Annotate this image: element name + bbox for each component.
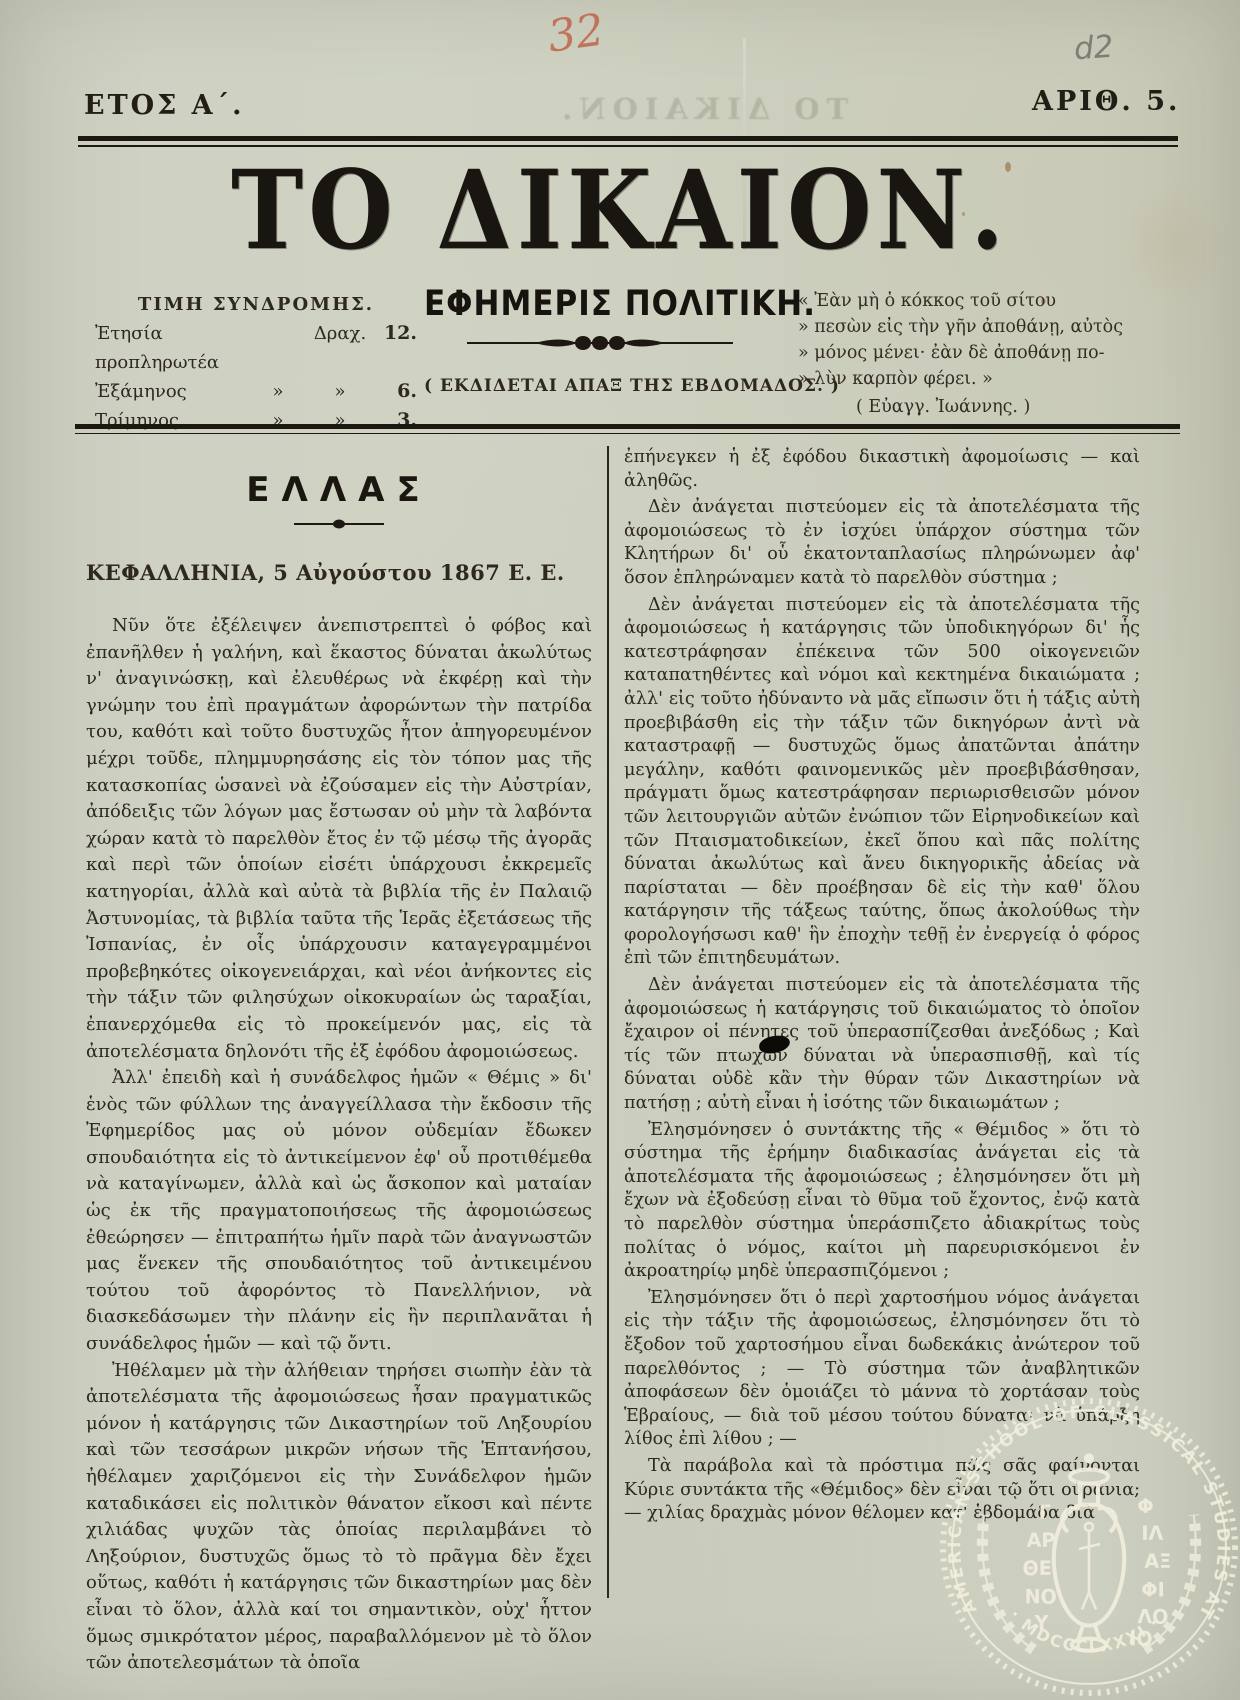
article-paragraph: Δὲν ἀνάγεται πιστεύομεν εἰς τὰ ἀποτελέσμ… xyxy=(624,594,1140,972)
seal-greek-letter: Γ xyxy=(1039,1501,1051,1524)
ornament-icon xyxy=(465,332,735,354)
article-paragraph: Ἐλησμόνησεν ὁ συντάκτης τῆς « Θέμιδος » … xyxy=(624,1119,1140,1284)
seal-greek-letter: ΘΕ xyxy=(1023,1557,1052,1580)
dateline: ΚΕΦΑΛΛΗΝΙΑ, 5 Αὐγούστου 1867 Ε. Ε. xyxy=(86,560,592,585)
subscription-ditto: » xyxy=(307,377,373,406)
quote-line: « Ἐὰν μὴ ὁ κόκκος τοῦ σίτου xyxy=(798,288,1138,314)
subscription-label: Ἐτησία προπληρωτέα xyxy=(95,319,249,377)
left-column: ΕΛΛΑΣ ΚΕΦΑΛΛΗΝΙΑ, 5 Αὐγούστου 1867 Ε. Ε.… xyxy=(86,452,592,1677)
seal-greek-letter: Φ xyxy=(1137,1495,1153,1518)
subscription-row: Ἐξάμηνος » » 6. xyxy=(95,377,417,406)
seal-greek-letter: ΙΟ xyxy=(1129,1628,1152,1651)
quote-block: « Ἐὰν μὴ ὁ κόκκος τοῦ σίτου » πεσὼν εἰς … xyxy=(798,288,1138,420)
article-paragraph: ἐπήνεγκεν ἡ ἐξ ἐφόδου δικαστικὴ ἀφομοίωσ… xyxy=(624,446,1140,493)
handwritten-number: 32 xyxy=(545,4,608,62)
article-paragraph: Δὲν ἀνάγεται πιστεύομεν εἰς τὰ ἀποτελέσμ… xyxy=(624,496,1140,590)
seal-greek-letter: ΦΙ xyxy=(1141,1578,1164,1601)
amphora-icon xyxy=(1054,1453,1124,1650)
seal-greek-letter: ΙΛ xyxy=(1141,1522,1163,1545)
subscription-ditto: » xyxy=(249,377,307,406)
section-ornament-icon xyxy=(294,518,384,530)
column-divider xyxy=(607,446,609,1598)
subscription-label: Ἐξάμηνος xyxy=(95,377,249,406)
masthead-subtitle: ΕΦΗΜΕΡΙΣ ΠΟΛΙΤΙΚΗ. xyxy=(424,284,776,324)
subscription-row: Ἐτησία προπληρωτέα Δραχ. 12. xyxy=(95,319,417,377)
frequency-note: ( ΕΚΔΙΔΕΤΑΙ ΑΠΑΞ ΤΗΣ ΕΒΔΟΜΑΔΟΣ. ) xyxy=(424,376,776,396)
subscription-price: 12. xyxy=(373,319,417,348)
quote-attribution: ( Εὐαγγ. Ἰωάννης. ) xyxy=(798,394,1138,420)
seal-greek-letter: ΑΞ xyxy=(1144,1550,1171,1573)
newspaper-page: 32 d2 ΤΟ ΔΙΚΑΙΟΝ. ΕΤΟΣ Α΄. ΑΡΙΘ. 5. ΤΟ Δ… xyxy=(0,0,1240,1700)
quote-line: » πεσὼν εἰς τὴν γῆν ἀποθάνῃ, αὐτὸς xyxy=(798,314,1138,340)
seal-greek-letter: Υ xyxy=(1034,1612,1050,1635)
issue-label: ΑΡΙΘ. 5. xyxy=(1032,86,1180,117)
section-title: ΕΛΛΑΣ xyxy=(86,470,592,510)
masthead-title: ΤΟ ΔΙΚΑΙΟΝ. xyxy=(0,146,1240,274)
seal-greek-letter: ΛΟ xyxy=(1137,1606,1168,1629)
library-stamp-seal: AMERICAN SCHOOL OF CLASSICAL STUDIES AT … xyxy=(938,1396,1240,1698)
article-paragraph: Νῦν ὅτε ἐξέλειψεν ἀνεπιστρεπτεὶ ὁ φόβος … xyxy=(86,613,592,1065)
article-paragraph: Ἠθέλαμεν μὰ τὴν ἀλήθειαν τηρήσει σιωπὴν … xyxy=(86,1358,592,1677)
subscription-title: ΤΙΜΗ ΣΥΝΔΡΟΜΗΣ. xyxy=(95,290,417,319)
article-paragraph: Ἀλλ' ἐπειδὴ καὶ ἡ συνάδελφος ἡμῶν « Θέμι… xyxy=(86,1065,592,1358)
quote-line: » λὺν καρπὸν φέρει. » xyxy=(798,366,1138,392)
subscription-block: ΤΙΜΗ ΣΥΝΔΡΟΜΗΣ. Ἐτησία προπληρωτέα Δραχ.… xyxy=(95,290,417,435)
pencil-note: d2 xyxy=(1073,29,1115,68)
right-column: ἐπήνεγκεν ἡ ἐξ ἐφόδου δικαστικὴ ἀφομοίωσ… xyxy=(624,446,1140,1529)
subscription-price: 6. xyxy=(373,377,417,406)
seal-greek-letter: ΑΡ xyxy=(1027,1529,1056,1552)
quote-line: » μόνος μένει· ἐὰν δὲ ἀποθάνῃ πο- xyxy=(798,340,1138,366)
seal-greek-letter: ΝΟ xyxy=(1025,1585,1057,1608)
bleedthrough-title: ΤΟ ΔΙΚΑΙΟΝ. xyxy=(555,92,848,126)
subscription-currency: Δραχ. xyxy=(307,319,373,348)
article-paragraph: Δὲν ἀνάγεται πιστεύομεν εἰς τὰ ἀποτελέσμ… xyxy=(624,974,1140,1116)
section-rule xyxy=(75,424,1180,434)
year-label: ΕΤΟΣ Α΄. xyxy=(84,90,245,121)
masthead-center-block: ΕΦΗΜΕΡΙΣ ΠΟΛΙΤΙΚΗ. ( ΕΚΔΙΔΕΤΑΙ ΑΠΑΞ ΤΗΣ … xyxy=(424,286,776,396)
